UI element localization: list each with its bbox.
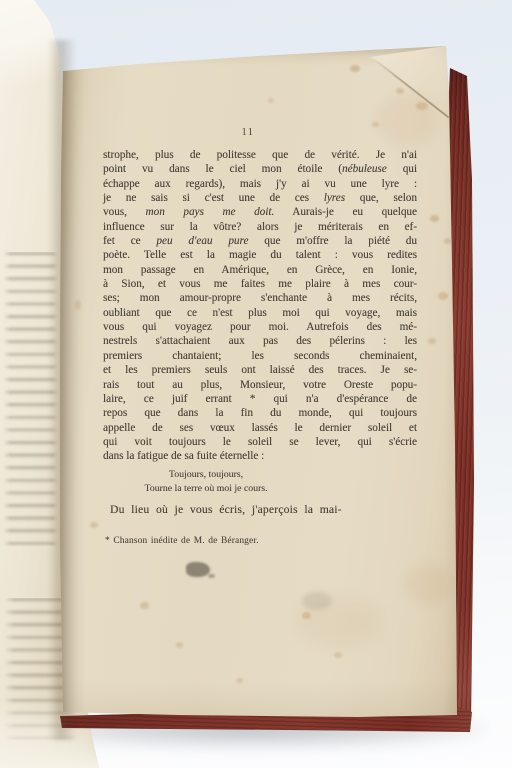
- body-line: vous, mon pays me doit. Aurais-je eu que…: [103, 205, 417, 219]
- foxing-spot: [302, 612, 311, 619]
- foxing-spot: [416, 102, 428, 110]
- verse-line: Toujours, toujours,: [90, 468, 322, 482]
- body-line: vous qui voyagez pour moi. Autrefois des…: [103, 320, 417, 334]
- foxing-spot: [140, 602, 149, 609]
- foxing-spot: [444, 238, 451, 244]
- body-line: ses; mon amour-propre s'enchante à mes r…: [103, 291, 417, 305]
- facing-page-blurred-text: [3, 252, 58, 546]
- body-line: rais tout au plus, Monsieur, votre Orest…: [103, 378, 417, 392]
- book-page: 11 strophe, plus de politesse que de vér…: [58, 44, 460, 720]
- body-line: à Sion, et vous me faites me plaire à me…: [103, 277, 417, 291]
- body-text: strophe, plus de politesse que de vérité…: [103, 148, 417, 464]
- body-line: point vu dans le ciel mon étoile (nébule…: [103, 162, 417, 176]
- body-line: et les premiers seuls ont laissé des tra…: [103, 363, 417, 377]
- foxing-spot: [176, 642, 183, 648]
- foxing-spot: [396, 88, 404, 94]
- body-line: qui voit toujours le soleil se lever, qu…: [103, 435, 417, 449]
- page-number: 11: [98, 128, 398, 139]
- body-line: oubliant que ce n'est plus moi qui voyag…: [103, 306, 417, 320]
- body-line: repos que dans la fin du monde, qui touj…: [103, 406, 417, 420]
- book-photo-scene: 11 strophe, plus de politesse que de vér…: [0, 0, 512, 768]
- gray-smudge: [302, 592, 332, 610]
- foxing-spot: [438, 292, 448, 300]
- body-line: échappe aux regards), mais j'y ai vu une…: [103, 177, 417, 191]
- body-line: je ne sais si c'est une de ces lyres que…: [103, 191, 417, 205]
- body-line: influence sur la vôtre? alors je mériter…: [103, 220, 417, 234]
- body-line: appelle de ses vœux lassés le dernier so…: [103, 421, 417, 435]
- foxing-spot: [90, 522, 98, 528]
- foxing-spot: [350, 65, 360, 72]
- paper-stain: [406, 564, 452, 604]
- foxing-spot: [236, 678, 243, 683]
- foxing-spot: [75, 300, 81, 310]
- ink-smudge: [186, 562, 210, 577]
- foxing-spot: [372, 122, 379, 127]
- paper-stain: [296, 596, 380, 648]
- foxing-spot: [268, 98, 274, 103]
- foxing-spot: [334, 652, 342, 658]
- footnote: * Chanson inédite de M. de Béranger.: [105, 536, 259, 546]
- body-line: fet ce peu d'eau pure que m'offre la pié…: [103, 234, 417, 248]
- body-line: poète. Telle est la magie du talent : vo…: [103, 248, 417, 262]
- closing-paragraph: Du lieu où je vous écris, j'aperçois la …: [103, 503, 421, 517]
- body-line: laire, ce juif errant * qui n'a d'espéra…: [103, 392, 417, 406]
- verse-text: Toujours, toujours,Tourne la terre où mo…: [90, 468, 322, 495]
- body-line: premiers chantaient; les seconds chemina…: [103, 349, 417, 363]
- foxing-spot: [428, 338, 436, 344]
- body-line: dans la fatigue de sa fuite éternelle :: [103, 449, 417, 463]
- body-line: mon passage en Amérique, en Grèce, en Io…: [103, 263, 417, 277]
- body-line: strophe, plus de politesse que de vérité…: [103, 148, 417, 162]
- body-line: nestrels s'attachaient aux pas des péler…: [103, 334, 417, 348]
- ink-smudge: [208, 574, 215, 578]
- verse-line: Tourne la terre où moi je cours.: [90, 482, 322, 496]
- foxing-spot: [430, 215, 439, 222]
